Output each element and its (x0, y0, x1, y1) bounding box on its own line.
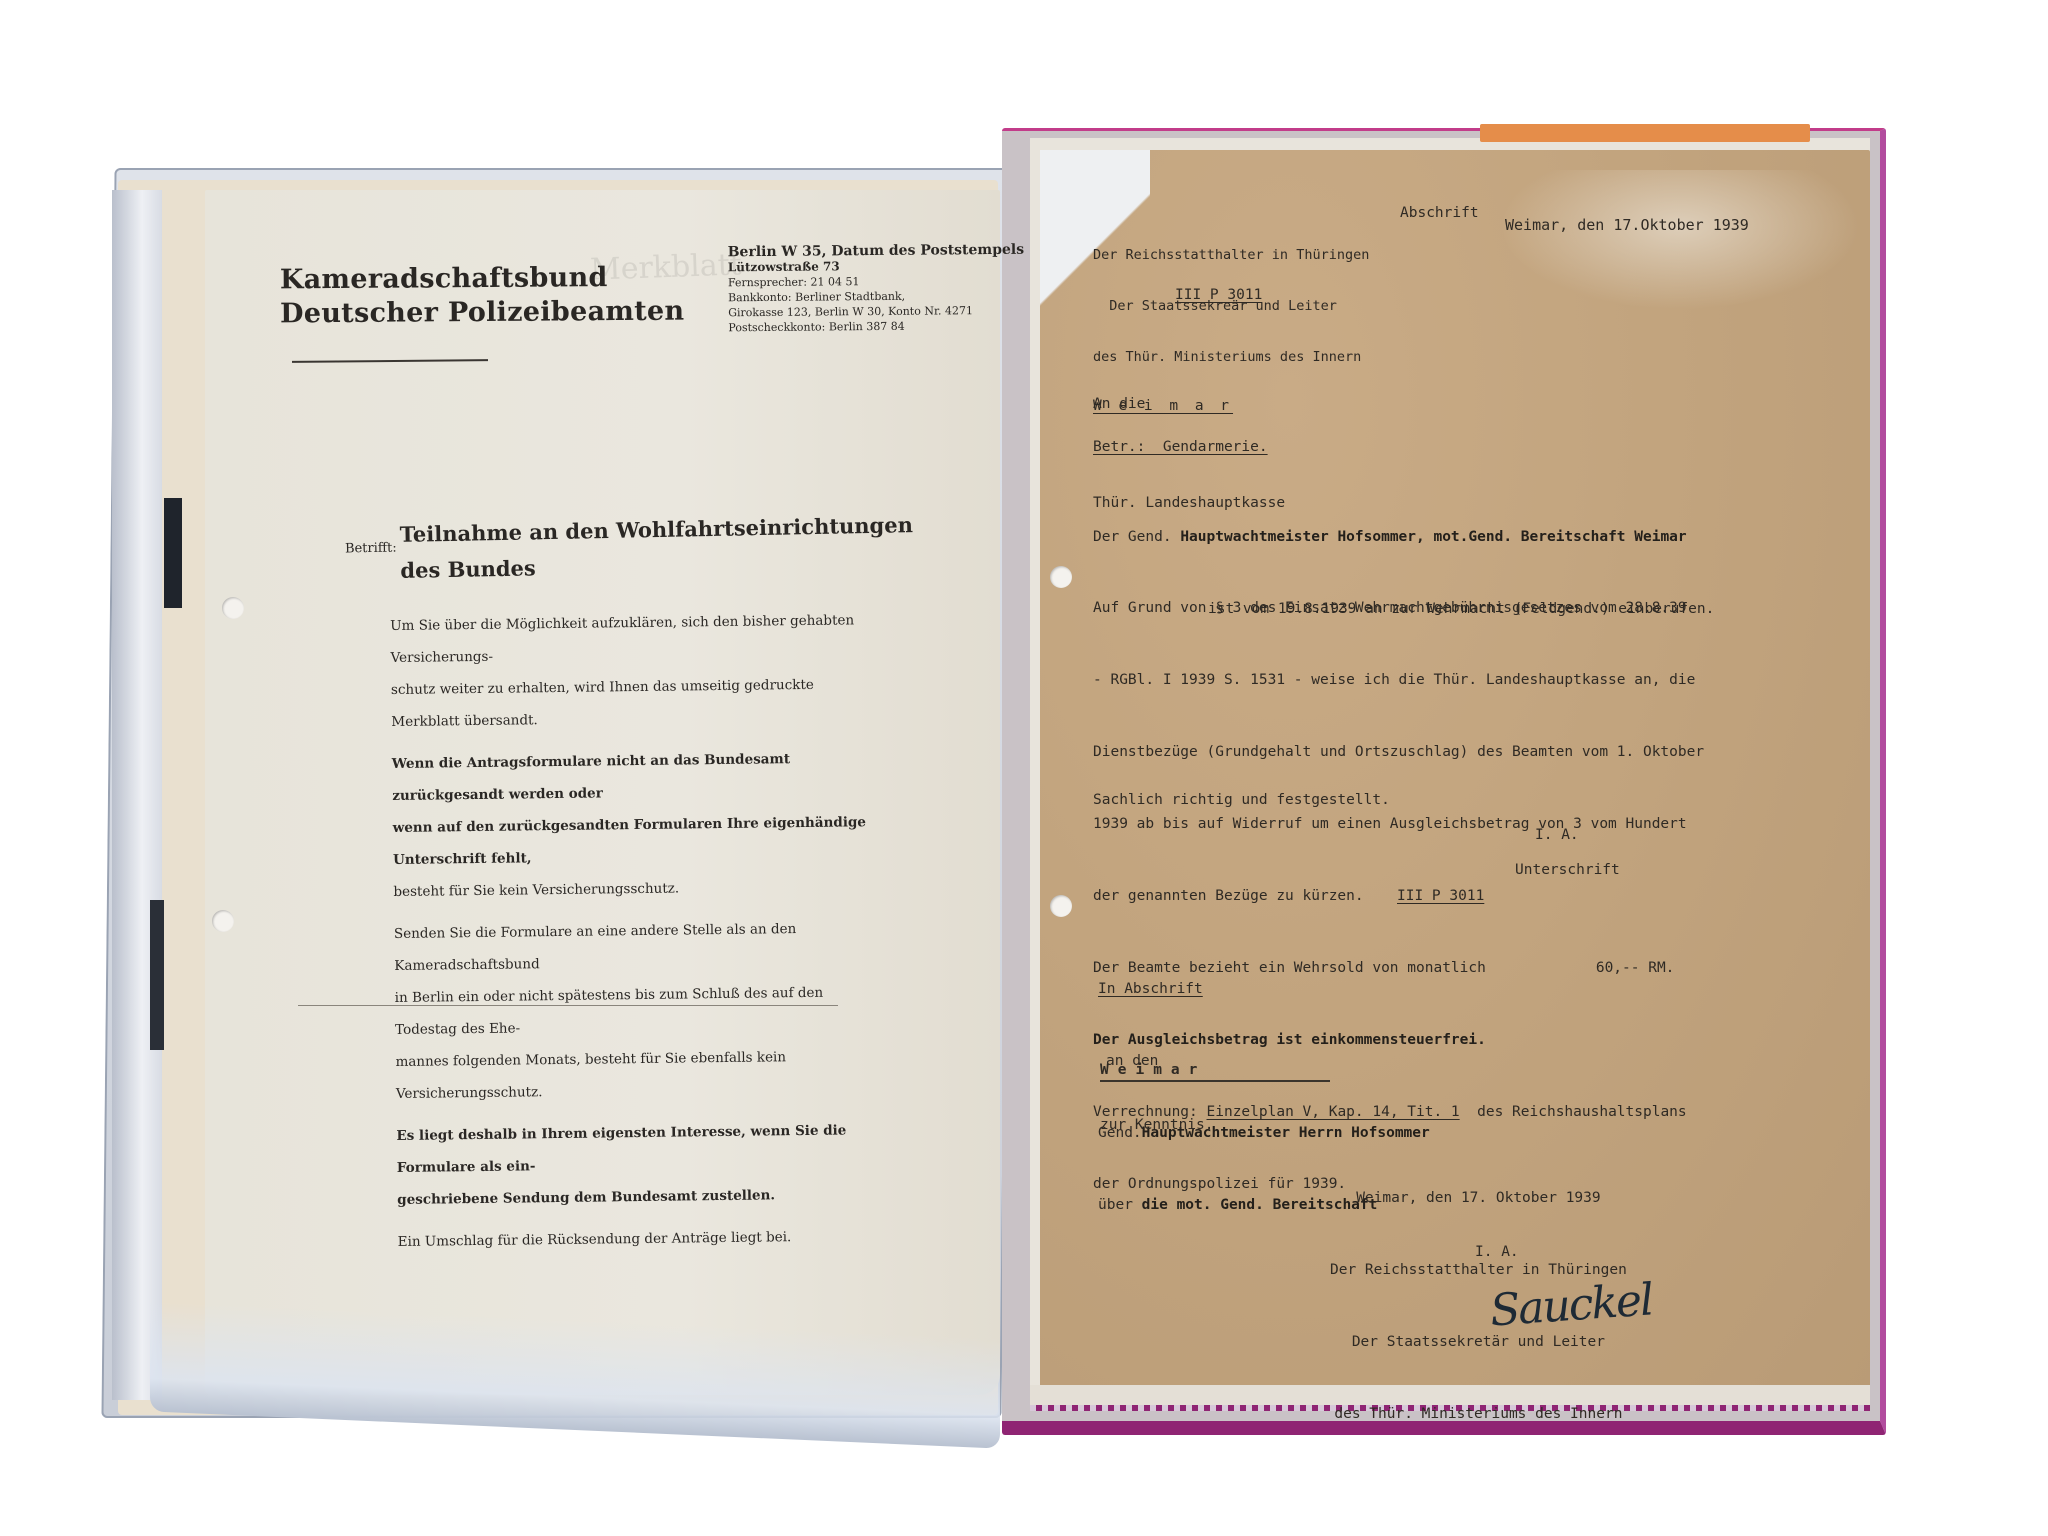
punch-hole (1050, 566, 1072, 588)
paragraph-5: Ein Umschlag für die Rücksendung der Ant… (398, 1220, 888, 1258)
text-line: Auf Grund von § 3 des Einsatz-Wehrmachtg… (1093, 596, 1704, 620)
wehrsold-amount: 60,-- RM. (1596, 960, 1675, 976)
text-line: Dienstbezüge (Grundgehalt und Ortszuschl… (1093, 740, 1704, 764)
org-name-line2: Deutscher Polizeibeamten (280, 295, 684, 332)
text-line: Wenn die Antragsformulare nicht an das B… (392, 751, 790, 804)
text-line: Senden Sie die Formulare an eine andere … (394, 921, 797, 974)
text-line: besteht für Sie kein Versicherungsschutz… (393, 881, 679, 900)
text-line: geschriebene Sendung dem Bundesamt zuste… (397, 1187, 775, 1208)
on-behalf-label: I. A. (1535, 823, 1579, 847)
text: des Reichshaushaltsplans (1460, 1104, 1687, 1120)
text-line: Es liegt deshalb in Ihrem eigensten Inte… (396, 1122, 846, 1175)
text: Der Gend. (1093, 529, 1180, 545)
subject-title: Teilnahme an den Wohlfahrtseinrichtungen… (399, 507, 914, 589)
reference-number: III P 3011 (1175, 283, 1262, 307)
closing-date: Weimar, den 17. Oktober 1939 (1330, 1186, 1627, 1210)
underline-rule (1100, 1080, 1330, 1082)
for-information-note: zur Kenntnis. (1100, 1113, 1214, 1137)
text-line: wenn auf den zurückgesandten Formularen … (393, 814, 867, 868)
subject-label: Betrifft: (345, 541, 397, 557)
water-stain (1500, 170, 1860, 310)
paragraph-2: Wenn die Antragsformulare nicht an das B… (392, 742, 884, 908)
paragraph-3: Senden Sie die Formulare an eine andere … (394, 912, 886, 1110)
divider-tab (150, 900, 164, 1050)
paragraph-4: Es liegt deshalb in Ihrem eigensten Inte… (396, 1114, 887, 1216)
on-behalf-label-2: I. A. (1475, 1240, 1519, 1264)
punch-hole (222, 597, 244, 619)
signature-placeholder: Unterschrift (1515, 858, 1620, 882)
letter-date: Weimar, den 17.Oktober 1939 (1505, 213, 1749, 237)
copy-label: Abschrift (1400, 201, 1479, 225)
organization-address: Berlin W 35, Datum des Poststempels Lütz… (728, 243, 1025, 336)
verification-note: Sachlich richtig und festgestellt. (1093, 788, 1390, 812)
closing-sender-line: Der Staatssekretär und Leiter (1330, 1330, 1627, 1354)
officer-name: Hauptwachtmeister Hofsommer, mot.Gend. B… (1180, 529, 1686, 545)
text-line: 1939 ab bis auf Widerruf um einen Ausgle… (1093, 812, 1704, 836)
closing-sender-line: des Thür. Ministeriums des Innern (1330, 1402, 1627, 1426)
text-line: Um Sie über die Möglichkeit aufzuklären,… (390, 612, 854, 666)
sender-line: Der Reichsstatthalter in Thüringen (1093, 247, 1369, 264)
cc-label: In Abschrift (1098, 977, 1430, 1001)
paragraph-1: Um Sie über die Möglichkeit aufzuklären,… (390, 604, 882, 738)
address-postcheck: Postscheckkonto: Berlin 387 84 (728, 318, 1025, 336)
text-line: mannes folgenden Monats, besteht für Sie… (395, 1049, 786, 1102)
divider-tab (164, 498, 182, 608)
reference-number-2: III P 3011 (1397, 884, 1484, 908)
address-city-line: Berlin W 35, Datum des Poststempels (728, 243, 1025, 261)
addressee-city: W e i m a r (1093, 394, 1233, 418)
punch-hole (1050, 895, 1072, 917)
text: über (1098, 1197, 1142, 1213)
text-line: schutz weiter zu erhalten, wird Ihnen da… (391, 677, 814, 730)
text-line: in Berlin ein oder nicht spätestens bis … (395, 985, 824, 1038)
text-line: - RGBl. I 1939 S. 1531 - weise ich die T… (1093, 668, 1704, 692)
text-line: Ein Umschlag für die Rücksendung der Ant… (398, 1229, 792, 1250)
binder-spine-edge (112, 190, 162, 1400)
recipient-city: Weimar (1100, 1058, 1206, 1082)
punch-hole (212, 910, 234, 932)
subject-line: Betr.: Gendarmerie. (1093, 435, 1268, 459)
section-rule (298, 1005, 838, 1006)
org-name-line1: Kameradschaftsbund (280, 261, 684, 298)
orange-page-edge (1480, 124, 1810, 142)
letter-body: Um Sie über die Möglichkeit aufzuklären,… (390, 604, 888, 1268)
organization-name: Kameradschaftsbund Deutscher Polizeibeam… (280, 261, 685, 332)
